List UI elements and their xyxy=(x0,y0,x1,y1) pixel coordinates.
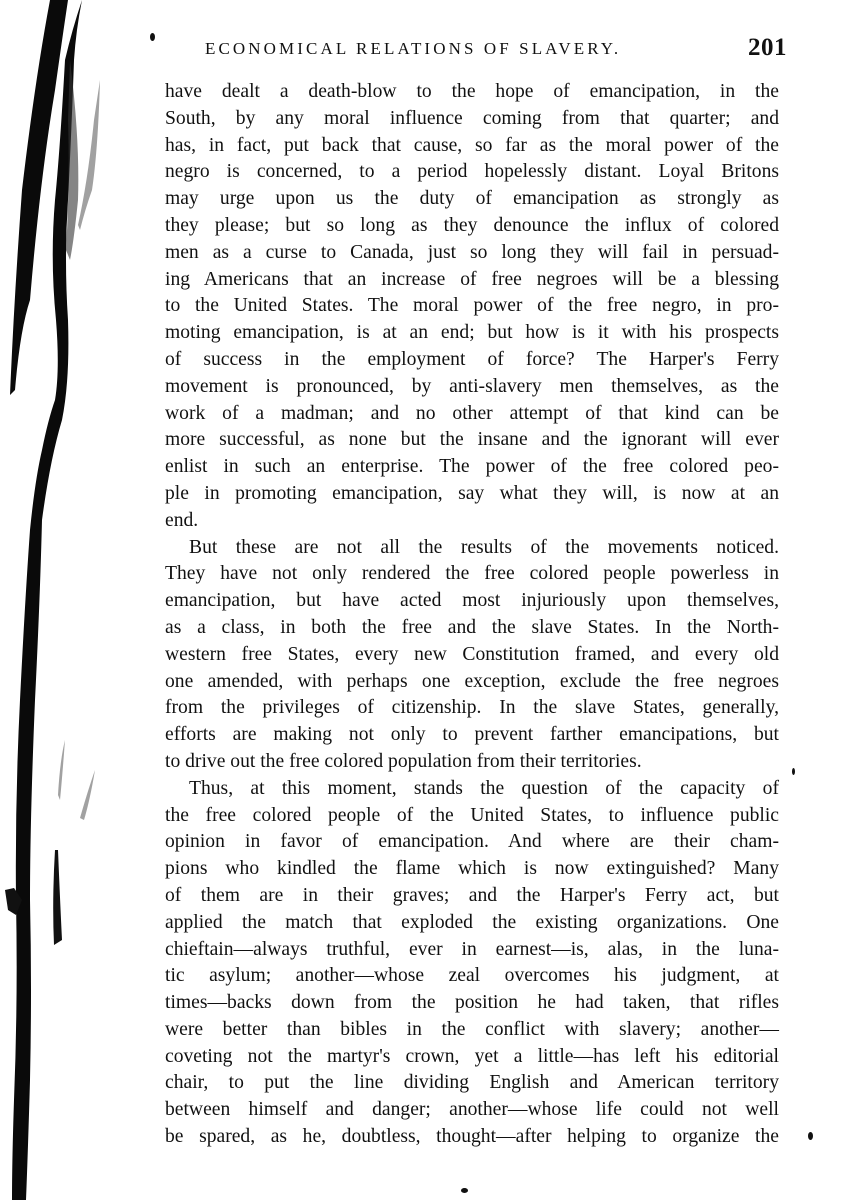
text-line: times—backs down from the position he ha… xyxy=(165,990,779,1017)
text-line: efforts are making not only to prevent f… xyxy=(165,722,779,749)
text-line: moting emancipation, is at an end; but h… xyxy=(165,320,779,347)
text-line: between himself and danger; another—whos… xyxy=(165,1097,779,1124)
text-line: have dealt a death-blow to the hope of e… xyxy=(165,79,779,106)
text-line: Thus, at this moment, stands the questio… xyxy=(165,776,779,803)
running-title: ECONOMICAL RELATIONS OF SLAVERY. xyxy=(205,39,621,59)
paragraph: Thus, at this moment, stands the questio… xyxy=(165,776,779,1151)
ink-speck xyxy=(150,33,155,41)
text-line: enlist in such an enterprise. The power … xyxy=(165,454,779,481)
text-line: western free States, every new Constitut… xyxy=(165,642,779,669)
text-line: applied the match that exploded the exis… xyxy=(165,910,779,937)
body-text: have dealt a death-blow to the hope of e… xyxy=(165,79,779,1151)
text-line: opinion in favor of emancipation. And wh… xyxy=(165,829,779,856)
text-line: may urge upon us the duty of emancipatio… xyxy=(165,186,779,213)
text-line: But these are not all the results of the… xyxy=(165,535,779,562)
text-line: has, in fact, put back that cause, so fa… xyxy=(165,133,779,160)
text-line: coveting not the martyr's crown, yet a l… xyxy=(165,1044,779,1071)
text-line: ple in promoting emancipation, say what … xyxy=(165,481,779,508)
text-line: of success in the employment of force? T… xyxy=(165,347,779,374)
ink-speck xyxy=(808,1132,813,1140)
text-line: be spared, as he, doubtless, thought—aft… xyxy=(165,1124,779,1151)
text-line: they please; but so long as they denounc… xyxy=(165,213,779,240)
text-line: more successful, as none but the insane … xyxy=(165,427,779,454)
text-line: one amended, with perhaps one exception,… xyxy=(165,669,779,696)
text-line: movement is pronounced, by anti-slavery … xyxy=(165,374,779,401)
text-line: to drive out the free colored population… xyxy=(165,749,779,776)
scanned-book-page: ECONOMICAL RELATIONS OF SLAVERY. 201 hav… xyxy=(0,0,868,1200)
text-line: emancipation, but have acted most injuri… xyxy=(165,588,779,615)
page-number: 201 xyxy=(748,34,787,62)
text-line: were better than bibles in the conflict … xyxy=(165,1017,779,1044)
text-line: tic asylum; another—whose zeal overcomes… xyxy=(165,963,779,990)
text-line: work of a madman; and no other attempt o… xyxy=(165,401,779,428)
binding-shadow xyxy=(0,0,120,1200)
ink-speck xyxy=(792,768,795,775)
text-line: as a class, in both the free and the sla… xyxy=(165,615,779,642)
text-line: end. xyxy=(165,508,779,535)
page-header: ECONOMICAL RELATIONS OF SLAVERY. 201 xyxy=(205,34,795,64)
paragraph: But these are not all the results of the… xyxy=(165,535,779,776)
ink-speck xyxy=(461,1188,468,1193)
text-line: chieftain—always truthful, ever in earne… xyxy=(165,937,779,964)
text-line: to the United States. The moral power of… xyxy=(165,293,779,320)
text-line: of them are in their graves; and the Har… xyxy=(165,883,779,910)
text-line: pions who kindled the flame which is now… xyxy=(165,856,779,883)
text-line: They have not only rendered the free col… xyxy=(165,561,779,588)
text-line: South, by any moral influence coming fro… xyxy=(165,106,779,133)
text-line: negro is concerned, to a period hopeless… xyxy=(165,159,779,186)
paragraph: have dealt a death-blow to the hope of e… xyxy=(165,79,779,535)
text-line: men as a curse to Canada, just so long t… xyxy=(165,240,779,267)
text-line: chair, to put the line dividing English … xyxy=(165,1070,779,1097)
text-line: the free colored people of the United St… xyxy=(165,803,779,830)
text-line: ing Americans that an increase of free n… xyxy=(165,267,779,294)
text-line: from the privileges of citizenship. In t… xyxy=(165,695,779,722)
